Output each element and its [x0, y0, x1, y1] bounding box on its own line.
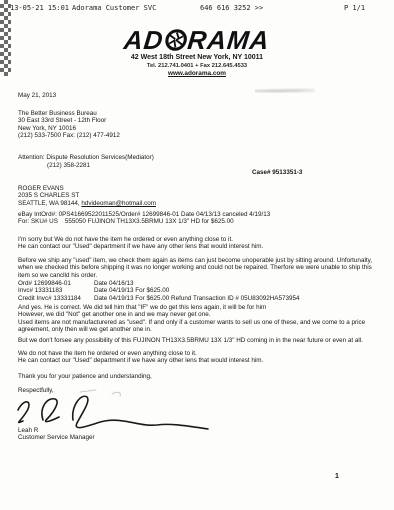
credit-invoice-label: Credit Invc# 13331184 — [18, 295, 94, 302]
customer-address-block: ROGER EVANS 2035 S CHARLES ST SEATTLE, W… — [18, 185, 156, 207]
invoice-number-label: Invc# 13331183 — [18, 287, 94, 294]
fax-page: 13-05-21 15:01 Adorama Customer SVC 646 … — [0, 0, 394, 510]
order-number-label: Ord# 12699846-01 — [18, 280, 94, 287]
page-number: 1 — [335, 473, 339, 480]
scan-smudge — [255, 88, 315, 94]
letterhead-website: www.adorama.com — [168, 70, 226, 77]
fax-timestamp: 13-05-21 15:01 — [10, 4, 69, 12]
table-row: Invc# 13331183 Date 04/19/13 For $625.00 — [18, 287, 378, 294]
paragraph-no-item: I'm sorry but We do not have the item he… — [18, 236, 374, 251]
attention-phone: (212) 358-2281 — [47, 162, 90, 169]
letter-date: May 21, 2013 — [18, 92, 56, 99]
paragraph-used-items-check: Before we ship any "used" item, we check… — [18, 257, 376, 279]
fax-sender: Adorama Customer SVC — [72, 4, 156, 12]
case-number: Case# 9513351-3 — [252, 169, 302, 176]
fax-transmission-header: 13-05-21 15:01 Adorama Customer SVC 646 … — [0, 4, 394, 16]
order-invoice-table: Ord# 12699846-01 Date 04/16/13 Invc# 133… — [18, 280, 378, 302]
logo-text-right: RAMA — [186, 25, 271, 55]
aperture-o-icon — [163, 29, 188, 55]
handwritten-signature — [8, 386, 223, 432]
credit-invoice-detail: Date 04/19/13 For $625.00 Refund Transac… — [94, 295, 300, 302]
customer-city: SEATTLE, WA 98144, — [18, 200, 81, 207]
paragraph-lens-availability: And yes. He is correct. We did tell him … — [18, 304, 376, 334]
closing-line: Thank you for your patience and understa… — [18, 373, 152, 380]
recipient-address-block: The Better Business Bureau 30 East 33rd … — [18, 110, 120, 140]
letterhead-address: 42 West 18th Street New York, NY 10011 — [0, 54, 394, 61]
invoice-number-detail: Date 04/19/13 For $625.00 — [94, 287, 169, 294]
paragraph-repeat-no-item: We do not have the item he ordered or ev… — [18, 350, 376, 365]
order-number-detail: Date 04/16/13 — [94, 280, 134, 287]
letterhead-phone-fax: Tel. 212.741.0401 + Fax 212.645.4533 — [0, 63, 394, 69]
signer-title: Customer Service Manager — [18, 434, 95, 441]
adorama-logo: ADRAMA — [0, 27, 394, 55]
attention-line: Attention: Dispute Resolution Services(M… — [18, 154, 154, 161]
fax-page-indicator: P 1/1 — [344, 4, 365, 12]
fax-number: 646 616 3252 >> — [200, 4, 263, 12]
customer-email: hdvideoman@hotmail.com — [81, 200, 156, 207]
customer-name-street: ROGER EVANS 2035 S CHARLES ST — [18, 185, 156, 200]
table-row: Ord# 12699846-01 Date 04/16/13 — [18, 280, 378, 287]
paragraph-no-forsee: But we don't forsee any possibility of t… — [18, 337, 376, 344]
logo-text-left: AD — [123, 25, 166, 55]
table-row: Credit Invc# 13331184 Date 04/19/13 For … — [18, 295, 378, 302]
order-reference: eBay IntOrd#: 0PS41669522011525/Order# 1… — [18, 211, 368, 226]
customer-city-line: SEATTLE, WA 98144, hdvideoman@hotmail.co… — [18, 200, 156, 207]
